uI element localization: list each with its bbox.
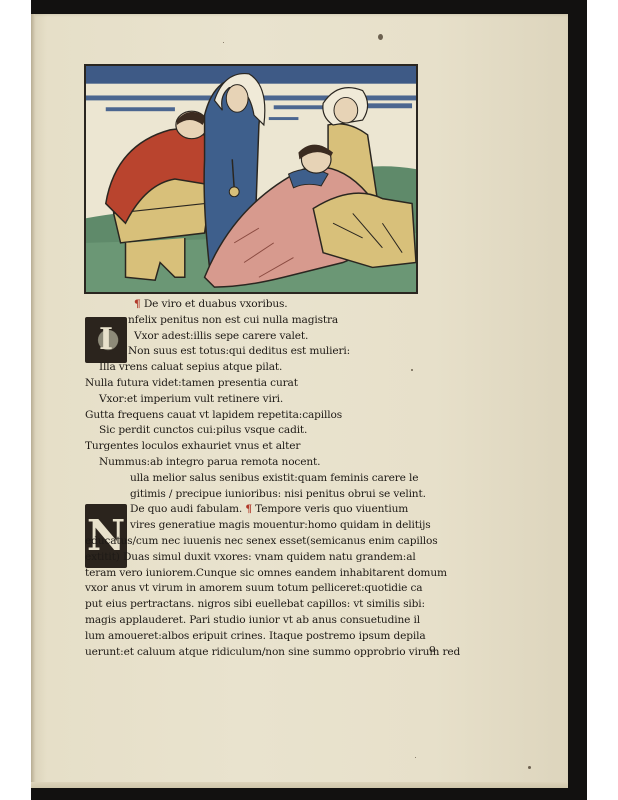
pilcrow-rubric: ¶: [134, 298, 141, 310]
ink-speck: [223, 42, 224, 43]
prose-line: teram vero iuniorem.Cunque sic omnes ean…: [85, 566, 435, 582]
prose-line: put eius pertractans. nigros sibi euelle…: [85, 597, 435, 613]
prose-line: educatus/cum nec iuuenis nec senex esset…: [85, 534, 435, 550]
verse-line: Gutta frequens cauat vt lapidem repetita…: [85, 408, 435, 424]
prose-line: extitit) Duas simul duxit vxores: vnam q…: [85, 550, 435, 566]
chapter-heading: ¶ De viro et duabus vxoribus.: [85, 297, 435, 313]
page-bottom-edge: [31, 782, 568, 788]
ink-speck: [415, 757, 416, 758]
verse-line: Illa vrens caluat sepius atque pilat.: [85, 360, 435, 376]
signature-mark: o: [429, 642, 436, 655]
verse-line: Non suus est totus:qui deditus est mulie…: [85, 344, 435, 360]
prose-line: uerunt:et caluum atque ridiculum/non sin…: [85, 645, 435, 661]
prose-line: gitimis / precipue iunioribus: nisi peni…: [85, 487, 435, 503]
verse-line: Nulla futura videt:tamen presentia curat: [85, 376, 435, 392]
verse-line: Vxor:et imperium vult retinere viri.: [85, 392, 435, 408]
prose-line: lum amoueret:albos eripuit crines. Itaqu…: [85, 629, 435, 645]
prose-line: vires generatiue magis mouentur:homo qui…: [85, 518, 435, 534]
text-block: ¶ De viro et duabus vxoribus. I nfelix p…: [85, 297, 435, 660]
ink-speck: [378, 34, 383, 40]
prose-line: vxor anus vt virum in amorem suum totum …: [85, 581, 435, 597]
prose-fragment: Tempore veris quo viuentium: [255, 503, 408, 515]
ink-speck: [528, 766, 531, 769]
prose-line: ulla melior salus senibus existit:quam f…: [85, 471, 435, 487]
woodcut-scene-image: [86, 66, 416, 292]
verse-line: Vxor adest:illis sepe carere valet.: [85, 329, 435, 345]
verse-line: Turgentes loculos exhauriet vnus et alte…: [85, 439, 435, 455]
heading-text: De viro et duabus vxoribus.: [144, 298, 288, 310]
prose-line: De quo audi fabulam. ¶ Tempore veris quo…: [85, 502, 435, 518]
verse-line: Nummus:ab integro parua remota nocent.: [85, 455, 435, 471]
pilcrow-rubric: ¶: [245, 503, 252, 515]
book-page: ¶ De viro et duabus vxoribus. I nfelix p…: [31, 14, 568, 788]
page-gutter-edge: [31, 14, 35, 788]
prose-line: magis applauderet. Pari studio iunior vt…: [85, 613, 435, 629]
woodcut-illustration: [84, 64, 418, 294]
verse-line: nfelix penitus non est cui nulla magistr…: [85, 313, 435, 329]
prose-fragment: De quo audi fabulam.: [130, 503, 242, 515]
verse-line: Sic perdit cunctos cui:pilus vsque cadit…: [85, 423, 435, 439]
